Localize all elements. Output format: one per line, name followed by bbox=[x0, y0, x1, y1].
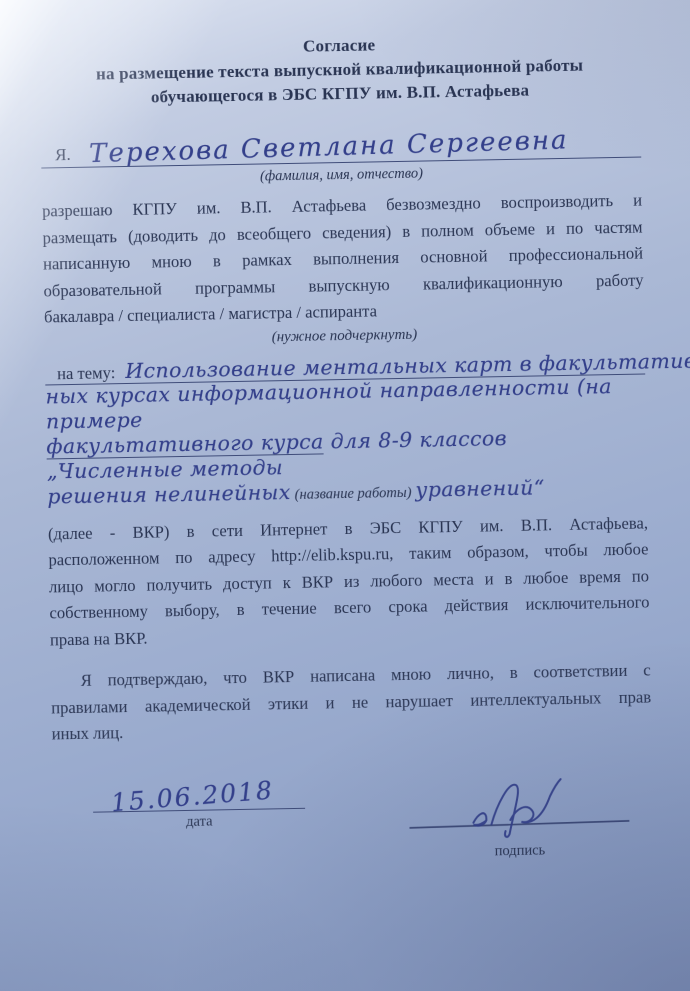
document-title: Согласие на размещение текста выпускной … bbox=[39, 29, 640, 112]
name-prefix: Я. bbox=[55, 145, 71, 165]
handwritten-topic-line-4-right: уравнений“ bbox=[415, 475, 545, 501]
date-block: 15.06.2018 дата bbox=[93, 779, 307, 867]
permission-paragraph: разрешаю КГПУ им. В.П. Астафьева безвозм… bbox=[42, 188, 644, 331]
handwritten-topic-line-2: ных курсах информационной направленности… bbox=[45, 374, 612, 433]
signature-block: подпись bbox=[407, 773, 633, 861]
signature-mark bbox=[407, 773, 632, 841]
handwritten-topic-line-4-left: решения нелинейных bbox=[47, 480, 291, 508]
confirmation-paragraph: Я подтверждаю, что ВКР написана мною лич… bbox=[51, 657, 652, 747]
date-signature-row: 15.06.2018 дата подпись bbox=[53, 773, 654, 868]
document-page: Согласие на размещение текста выпускной … bbox=[0, 0, 690, 991]
internet-access-paragraph: (далее - ВКР) в сети Интернет в ЭБС КГПУ… bbox=[48, 510, 650, 653]
date-line: 15.06.2018 bbox=[93, 779, 305, 812]
handwritten-date: 15.06.2018 bbox=[110, 775, 275, 817]
topic-section: на тему: Использование ментальных карт в… bbox=[45, 350, 648, 511]
handwritten-full-name: Терехова Светлана Сергеевна bbox=[88, 125, 568, 169]
topic-label: на тему: bbox=[57, 363, 116, 384]
work-title-caption: (название работы) bbox=[295, 484, 412, 502]
consent-document-photo: Согласие на размещение текста выпускной … bbox=[0, 0, 690, 991]
signature-caption: подпись bbox=[408, 840, 632, 861]
